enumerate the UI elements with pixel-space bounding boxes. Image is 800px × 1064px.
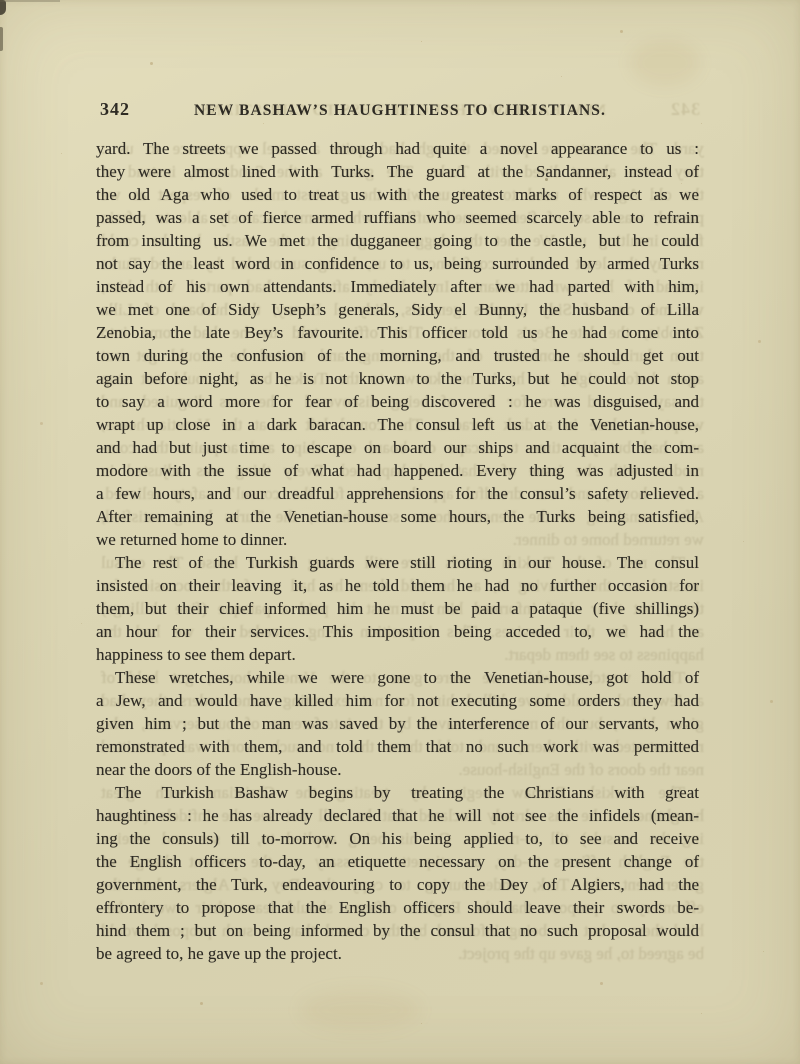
page-body: yard. The streets we passed through had … (96, 137, 699, 965)
text-line: we met one of Sidy Useph’s generals, Sid… (96, 298, 699, 321)
text-line: not say the least word in confidence to … (96, 252, 699, 275)
text-line: we returned home to dinner. (96, 528, 699, 551)
text-line: an hour for their services. This imposit… (96, 620, 699, 643)
text-line: town during the confusion of the morning… (96, 344, 699, 367)
text-line: wrapt up close in a dark baracan. The co… (96, 413, 699, 436)
text-line: hind them ; but on being informed by the… (96, 919, 699, 942)
text-line: from insulting us. We met the dugganeer … (96, 229, 699, 252)
text-line: insisted on their leaving it, as he told… (96, 574, 699, 597)
text-line: passed, was a set of fierce armed ruffia… (96, 206, 699, 229)
text-line: to say a word more for fear of being dis… (96, 390, 699, 413)
text-line: The Turkish Bashaw begins by treating th… (96, 781, 699, 804)
text-line: a Jew, and would have killed him for not… (96, 689, 699, 712)
text-line: government, the Turk, endeavouring to co… (96, 873, 699, 896)
text-line: and had but just time to escape on board… (96, 436, 699, 459)
scan-edge-mark (0, 27, 3, 51)
text-line: The rest of the Turkish guards were stil… (96, 551, 699, 574)
page-content: 342 NEW BASHAW’S HAUGHTINESS TO CHRISTIA… (0, 0, 800, 1064)
text-line: again before night, as he is not known t… (96, 367, 699, 390)
text-line: near the doors of the English-house. (96, 758, 699, 781)
text-line: them, but their chief informed him he mu… (96, 597, 699, 620)
text-line: These wretches, while we were gone to th… (96, 666, 699, 689)
running-title: NEW BASHAW’S HAUGHTINESS TO CHRISTIANS. (0, 102, 800, 120)
text-line: a few hours, and our dreadful apprehensi… (96, 482, 699, 505)
text-line: given him ; but the man was saved by the… (96, 712, 699, 735)
text-line: be agreed to, he gave up the project. (96, 942, 699, 965)
book-page: 342 NEW BASHAW’S HAUGHTINESS TO CHRISTIA… (0, 0, 800, 1064)
text-line: happiness to see them depart. (96, 643, 699, 666)
text-line: haughtiness : he has already declared th… (96, 804, 699, 827)
text-line: the English officers to-day, an etiquett… (96, 850, 699, 873)
text-line: modore with the issue of what had happen… (96, 459, 699, 482)
scan-edge-mark (0, 0, 60, 2)
text-line: they were almost lined with Turks. The g… (96, 160, 699, 183)
text-line: the old Aga who used to treat us with th… (96, 183, 699, 206)
text-line: yard. The streets we passed through had … (96, 137, 699, 160)
text-line: ing the consuls) till to-morrow. On his … (96, 827, 699, 850)
text-line: Zenobia, the late Bey’s favourite. This … (96, 321, 699, 344)
text-line: instead of his own attendants. Immediate… (96, 275, 699, 298)
text-line: After remaining at the Venetian-house so… (96, 505, 699, 528)
text-line: remonstrated with them, and told them th… (96, 735, 699, 758)
text-line: effrontery to propose that the English o… (96, 896, 699, 919)
